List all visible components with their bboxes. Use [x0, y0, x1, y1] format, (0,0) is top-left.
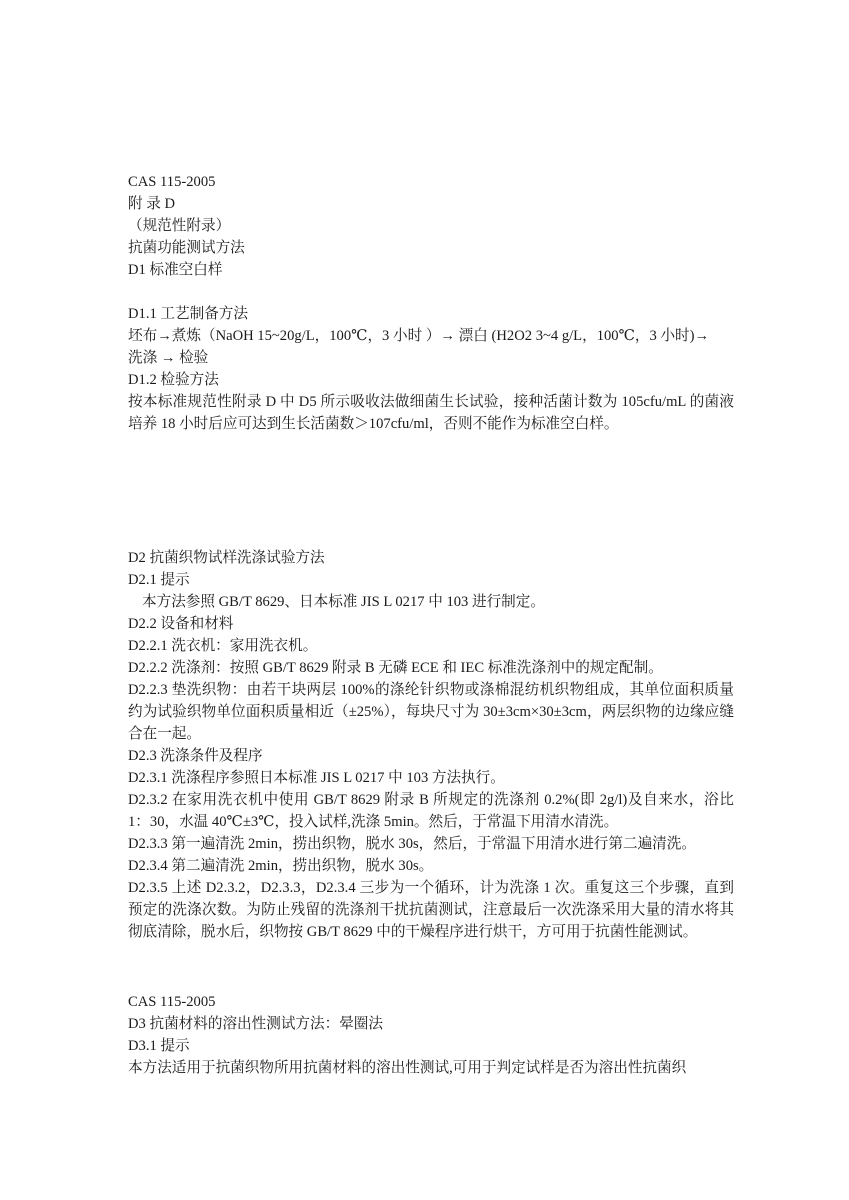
d2-heading: D2 抗菌织物试样洗涤试验方法 [128, 547, 325, 569]
d1-1-heading: D1.1 工艺制备方法 [128, 303, 248, 325]
d2-2-heading: D2.2 设备和材料 [128, 613, 233, 635]
d3-1-text: 本方法适用于抗菌织物所用抗菌材料的溶出性测试,可用于判定试样是否为溶出性抗菌织 [128, 1057, 686, 1079]
d1-1-process-line2: 洗涤 → 检验 [128, 347, 208, 369]
d3-heading: D3 抗菌材料的溶出性测试方法：晕圈法 [128, 1013, 383, 1035]
d2-1-text: 本方法参照 GB/T 8629、日本标准 JIS L 0217 中 103 进行… [142, 591, 545, 613]
d2-2-2: D2.2.2 洗涤剂：按照 GB/T 8629 附录 B 无磷 ECE 和 IE… [128, 657, 663, 679]
d2-3-5: D2.3.5 上述 D2.3.2，D2.3.3，D2.3.4 三步为一个循环，计… [128, 877, 734, 943]
d2-1-heading: D2.1 提示 [128, 569, 190, 591]
d2-3-heading: D2.3 洗涤条件及程序 [128, 745, 263, 767]
d1-1-process-line1: 坯布→煮炼（NaOH 15~20g/L，100℃，3 小时 ）→ 漂白 (H2O… [128, 325, 709, 347]
appendix-title: 附 录 D [128, 193, 175, 215]
appendix-name: 抗菌功能测试方法 [128, 237, 245, 259]
d2-2-3: D2.2.3 垫洗织物：由若干块两层 100%的涤纶针织物或涤棉混纺机织物组成，… [128, 679, 734, 745]
standard-code-header: CAS 115-2005 [128, 171, 215, 193]
d2-3-4: D2.3.4 第二遍清洗 2min，捞出织物，脱水 30s。 [128, 855, 433, 877]
d2-3-1: D2.3.1 洗涤程序参照日本标准 JIS L 0217 中 103 方法执行。 [128, 767, 505, 789]
d3-1-heading: D3.1 提示 [128, 1035, 190, 1057]
appendix-type: （规范性附录） [128, 215, 230, 237]
d2-3-2: D2.3.2 在家用洗衣机中使用 GB/T 8629 附录 B 所规定的洗涤剂 … [128, 789, 734, 833]
d1-2-text: 按本标准规范性附录 D 中 D5 所示吸收法做细菌生长试验，接种活菌计数为 10… [128, 391, 734, 435]
d2-2-1: D2.2.1 洗衣机：家用洗衣机。 [128, 635, 317, 657]
d1-2-heading: D1.2 检验方法 [128, 369, 219, 391]
d2-3-3: D2.3.3 第一遍清洗 2min，捞出织物，脱水 30s，然后，于常温下用清水… [128, 833, 696, 855]
standard-code-header-2: CAS 115-2005 [128, 991, 215, 1013]
d1-heading: D1 标准空白样 [128, 259, 222, 281]
